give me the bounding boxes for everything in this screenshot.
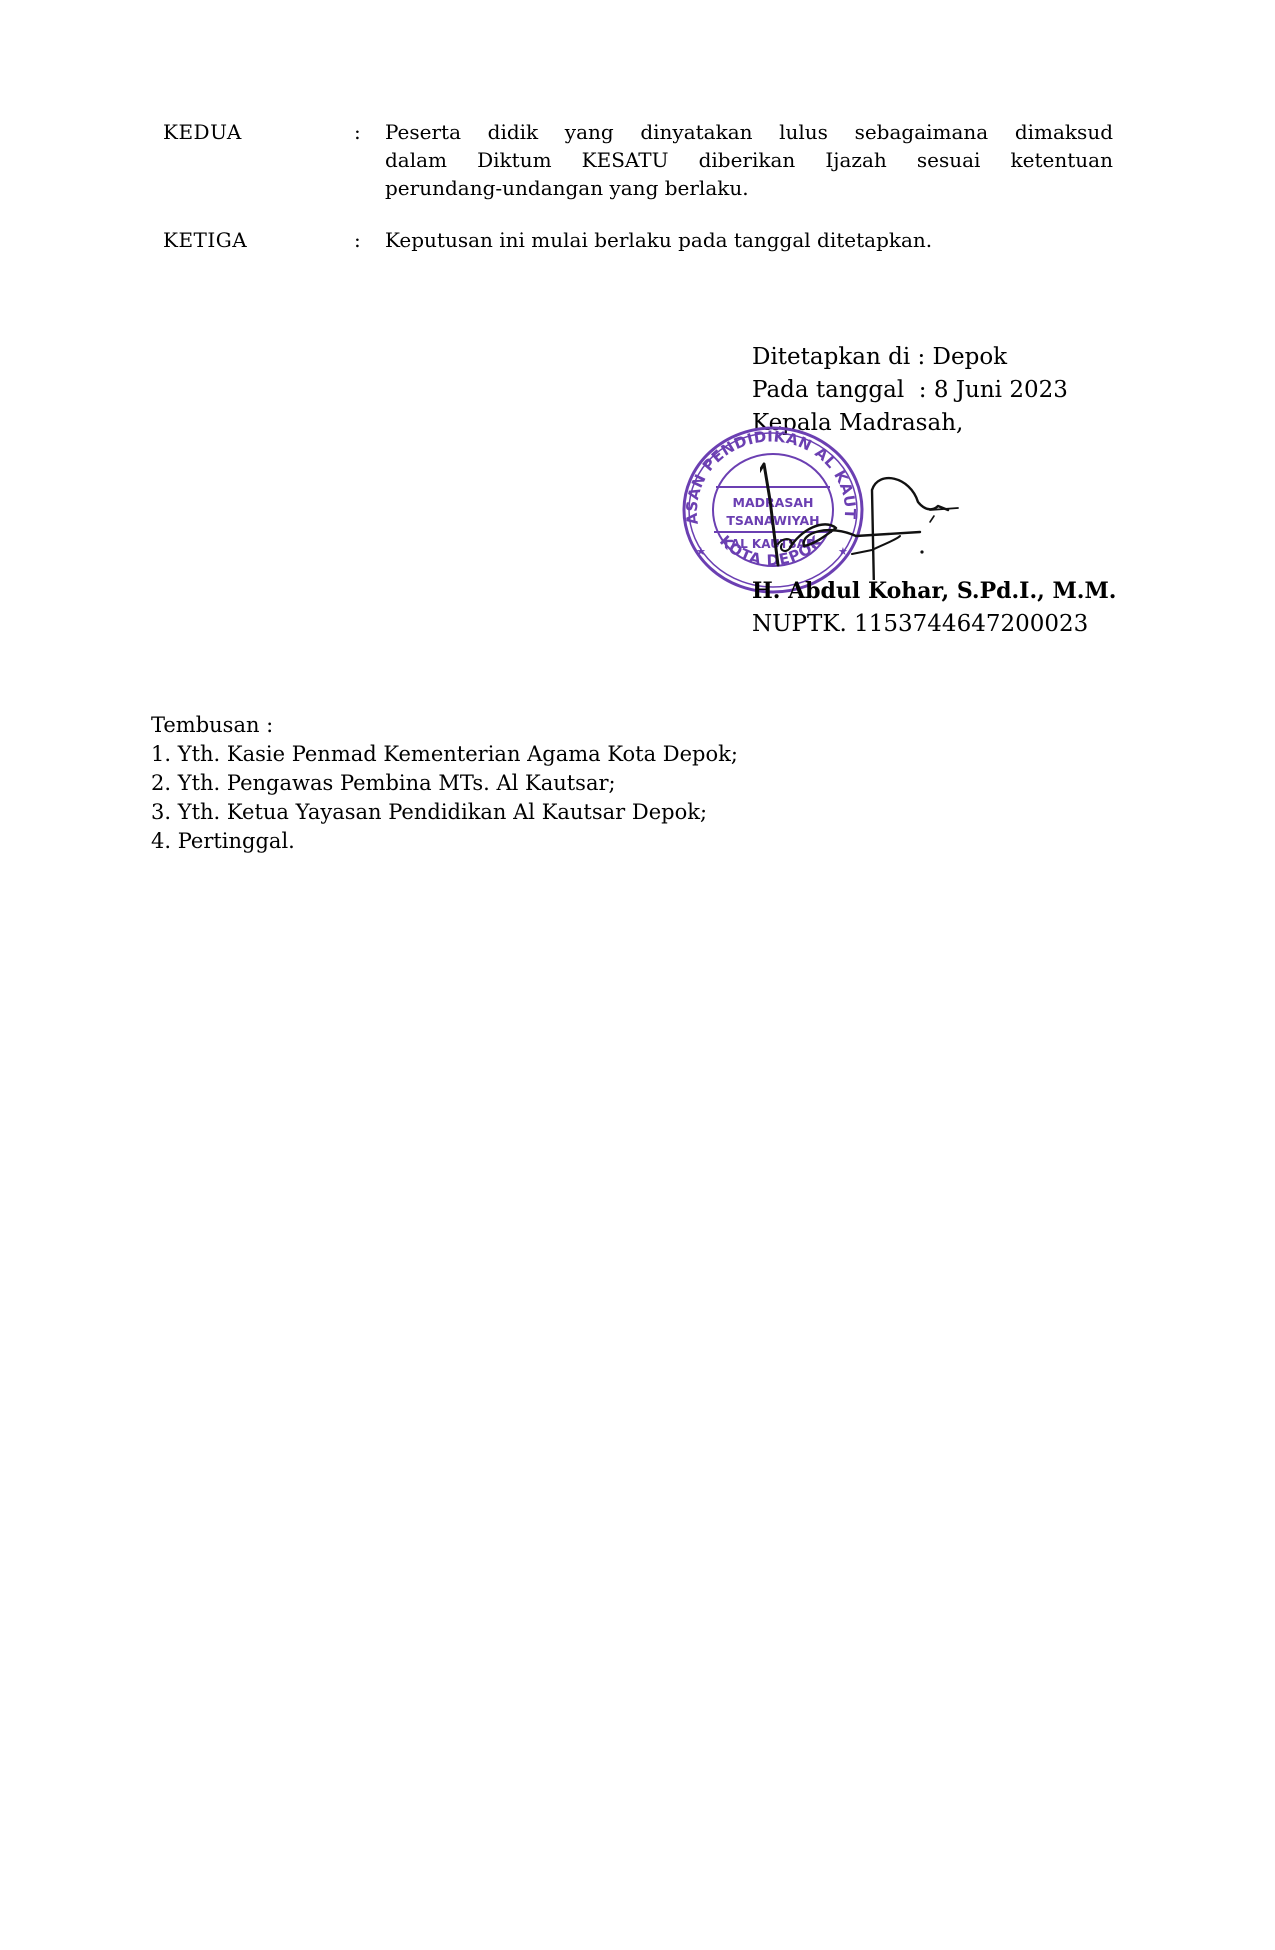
diktum-label: KEDUA: [163, 118, 242, 146]
tembusan-item: 2. Yth. Pengawas Pembina MTs. Al Kautsar…: [151, 769, 738, 798]
tembusan-item: 4. Pertinggal.: [151, 827, 738, 856]
diktum-label: KETIGA: [163, 226, 247, 254]
diktum-text: Peserta didik yang dinyatakan lulus seba…: [385, 118, 1113, 202]
signatory-name: H. Abdul Kohar, S.Pd.I., M.M.: [752, 576, 1116, 606]
tembusan-section: Tembusan : 1. Yth. Kasie Penmad Kementer…: [151, 711, 738, 856]
diktum-colon: :: [354, 118, 361, 146]
diktum-line: perundang-undangan yang berlaku.: [385, 174, 1113, 202]
diktum-line: dalam Diktum KESATU diberikan Ijazah ses…: [385, 146, 1113, 174]
diktum-line: Peserta didik yang dinyatakan lulus seba…: [385, 118, 1113, 146]
date-line: Pada tanggal : 8 Juni 2023: [752, 374, 1068, 407]
tembusan-item: 1. Yth. Kasie Penmad Kementerian Agama K…: [151, 740, 738, 769]
diktum-text: Keputusan ini mulai berlaku pada tanggal…: [385, 226, 1113, 254]
tembusan-title: Tembusan :: [151, 711, 738, 740]
signature-icon: [760, 440, 1030, 580]
tembusan-item: 3. Yth. Ketua Yayasan Pendidikan Al Kaut…: [151, 798, 738, 827]
diktum-colon: :: [354, 226, 361, 254]
signatory-nuptk: NUPTK. 1153744647200023: [752, 609, 1088, 639]
diktum-line: Keputusan ini mulai berlaku pada tanggal…: [385, 226, 1113, 254]
place-line: Ditetapkan di : Depok: [752, 341, 1007, 374]
stamp-star-icon: ★: [696, 545, 706, 558]
